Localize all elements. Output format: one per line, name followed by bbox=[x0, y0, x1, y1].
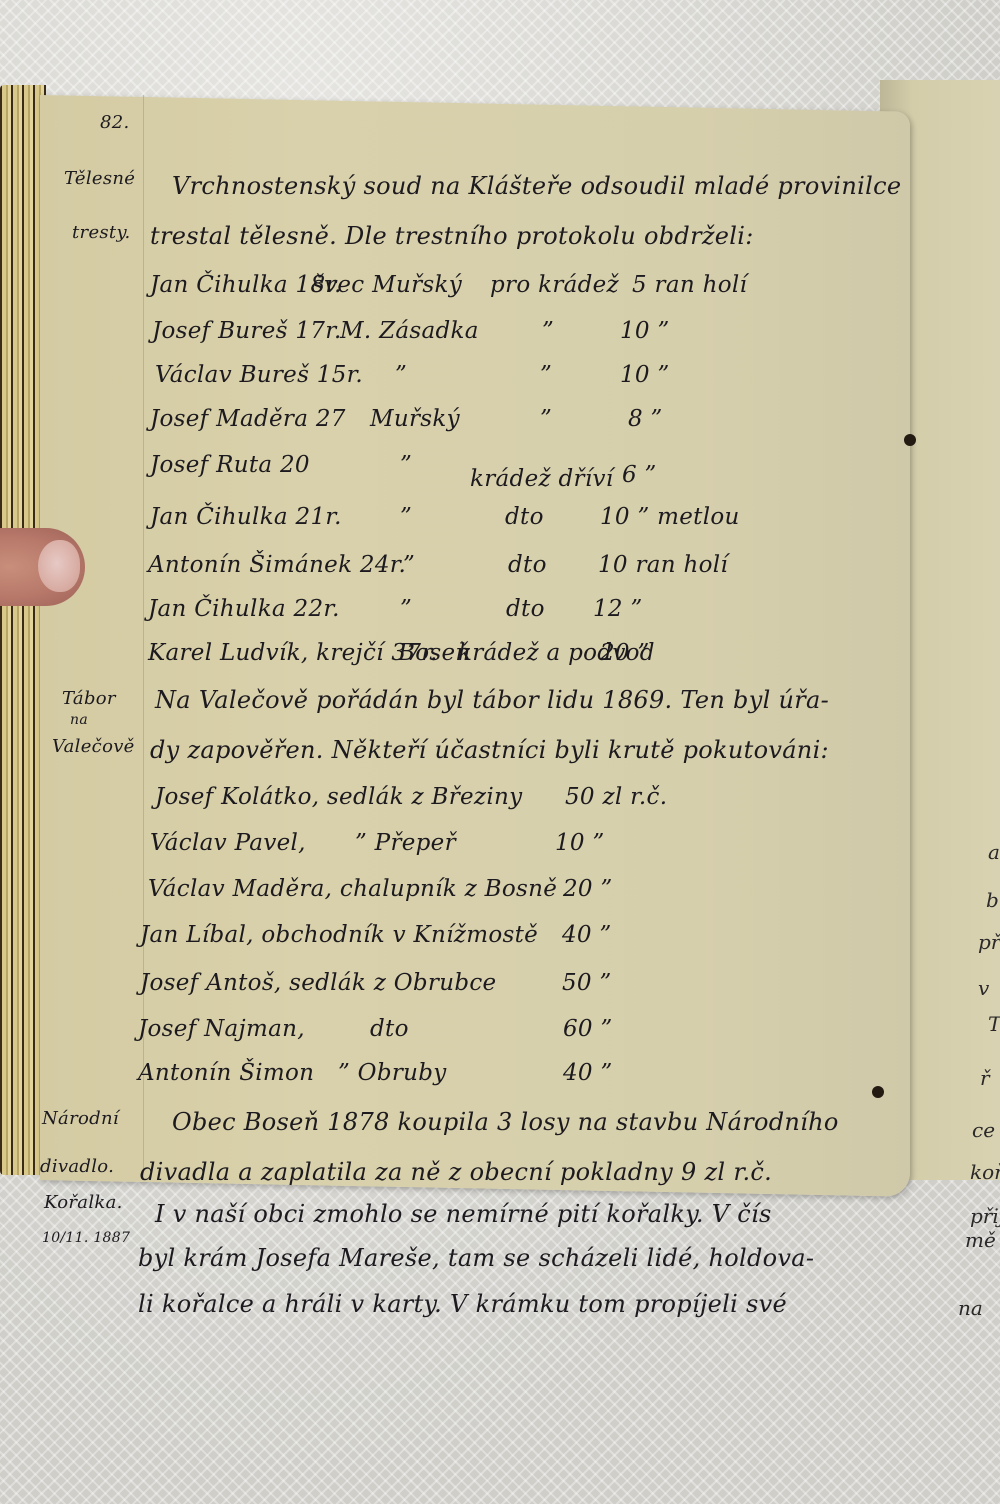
entry-fine: 20 ” bbox=[563, 876, 613, 902]
right-page-fragment: b bbox=[986, 888, 999, 912]
entry-name: Jan Čihulka 22r. bbox=[148, 596, 340, 622]
entry-penalty: 10 ” bbox=[620, 318, 670, 344]
entry-fine: 10 ” bbox=[555, 830, 605, 856]
page-number: 82. bbox=[100, 112, 130, 133]
paragraph-line: divadla a zaplatila za ně z obecní pokla… bbox=[140, 1158, 772, 1186]
paragraph-line: Vrchnostenský soud na Klášteře odsoudil … bbox=[172, 172, 901, 200]
entry-name: Josef Ruta 20 bbox=[150, 452, 310, 478]
entry-name: Václav Bureš 15r. bbox=[155, 362, 363, 388]
entry-place: ” bbox=[400, 596, 412, 622]
entry-place: M. Zásadka bbox=[340, 318, 479, 344]
paragraph-line: trestal tělesně. Dle trestního protokolu… bbox=[150, 222, 754, 250]
entry-name: Josef Najman, bbox=[138, 1016, 305, 1042]
entry-place: ” Přepeř bbox=[355, 830, 456, 856]
entry-place: ” bbox=[400, 452, 412, 478]
right-page-fragment: v bbox=[978, 976, 989, 1000]
entry-offense: ” bbox=[540, 406, 552, 432]
entry-place: Muřský bbox=[370, 406, 460, 432]
entry-fine: 40 ” bbox=[563, 1060, 613, 1086]
margin-label-theatre: Národní bbox=[42, 1108, 119, 1129]
paragraph-line: byl krám Josefa Mareše, tam se scházeli … bbox=[138, 1244, 814, 1272]
entry-offense: dto bbox=[508, 552, 547, 578]
paragraph-line: dy zapověřen. Někteří účastníci byli kru… bbox=[150, 736, 829, 764]
right-page-fragment: na bbox=[958, 1296, 983, 1320]
paragraph-line: Na Valečově pořádán byl tábor lidu 1869.… bbox=[155, 686, 829, 714]
entry-name: Josef Antoš, sedlák z Obrubce bbox=[140, 970, 496, 996]
entry-penalty: 5 ran holí bbox=[632, 272, 747, 298]
binding-hole bbox=[904, 434, 916, 446]
margin-label-tabor-2: na bbox=[70, 712, 88, 728]
right-page-fragment: ce bbox=[972, 1118, 995, 1142]
right-page-fragment: ř bbox=[980, 1066, 990, 1090]
right-page-fragment: T bbox=[988, 1012, 1000, 1036]
entry-place: ” bbox=[395, 362, 407, 388]
right-page-fragment: přij bbox=[970, 1204, 1000, 1228]
entry-name: Václav Pavel, bbox=[150, 830, 306, 856]
entry-place: ” bbox=[400, 504, 412, 530]
entry-penalty: 12 ” bbox=[593, 596, 643, 622]
margin-label-corporal-2: tresty. bbox=[72, 222, 131, 243]
paragraph-line: li kořalce a hráli v karty. V krámku tom… bbox=[138, 1290, 787, 1318]
paragraph-line: Obec Boseň 1878 koupila 3 losy na stavbu… bbox=[172, 1108, 839, 1136]
entry-offense: dto bbox=[505, 504, 544, 530]
entry-penalty: 6 ” bbox=[622, 462, 657, 488]
entry-name: Karel Ludvík, krejčí 37r. bbox=[148, 640, 438, 666]
entry-name: Jan Líbal, obchodník v Knížmostě bbox=[140, 922, 538, 948]
entry-place: švec Muřský bbox=[312, 272, 462, 298]
entry-name: Josef Bureš 17r. bbox=[152, 318, 342, 344]
margin-label-date: 10/11. 1887 bbox=[42, 1230, 130, 1246]
entry-name: Václav Maděra, chalupník z Bosně bbox=[148, 876, 557, 902]
paragraph-line: I v naší obci zmohlo se nemírné pití koř… bbox=[155, 1200, 772, 1228]
entry-offense: ” bbox=[542, 318, 554, 344]
entry-fine: 40 ” bbox=[562, 922, 612, 948]
entry-penalty: 20 ” bbox=[600, 640, 650, 666]
entry-name: Josef Kolátko, sedlák z Březiny bbox=[155, 784, 522, 810]
margin-label-theatre-2: divadlo. bbox=[40, 1156, 114, 1177]
margin-label-tabor: Tábor bbox=[62, 688, 116, 709]
entry-offense: ” bbox=[540, 362, 552, 388]
entry-name: Antonín Šimánek 24r. bbox=[148, 552, 406, 578]
entry-penalty: 10 ran holí bbox=[598, 552, 728, 578]
entry-place: ” bbox=[403, 552, 415, 578]
right-page-fragment: koř bbox=[970, 1160, 1000, 1184]
binding-hole bbox=[872, 1086, 884, 1098]
right-page-fragment: mě bbox=[965, 1228, 996, 1252]
entry-name: Jan Čihulka 21r. bbox=[150, 504, 342, 530]
entry-name: Antonín Šimon bbox=[138, 1060, 314, 1086]
entry-penalty: 10 ” metlou bbox=[600, 504, 740, 530]
entry-place: ” Obruby bbox=[338, 1060, 447, 1086]
entry-penalty: 10 ” bbox=[620, 362, 670, 388]
right-page-fragment: a bbox=[988, 840, 1000, 864]
right-page-fragment: př bbox=[978, 930, 1000, 954]
entry-place: dto bbox=[370, 1016, 409, 1042]
entry-fine: 50 ” bbox=[562, 970, 612, 996]
margin-label-koralka: Kořalka. bbox=[44, 1192, 123, 1213]
entry-offense: pro krádež bbox=[490, 272, 619, 298]
margin-label-tabor-3: Valečově bbox=[52, 736, 135, 757]
entry-offense: dto bbox=[506, 596, 545, 622]
entry-offense: krádež dříví bbox=[470, 466, 613, 492]
entry-name: Josef Maděra 27 bbox=[150, 406, 346, 432]
entry-fine: 50 zl r.č. bbox=[565, 784, 667, 810]
thumbnail bbox=[38, 540, 80, 592]
entry-penalty: 8 ” bbox=[628, 406, 663, 432]
entry-fine: 60 ” bbox=[563, 1016, 613, 1042]
margin-label-corporal: Tělesné bbox=[64, 168, 135, 189]
